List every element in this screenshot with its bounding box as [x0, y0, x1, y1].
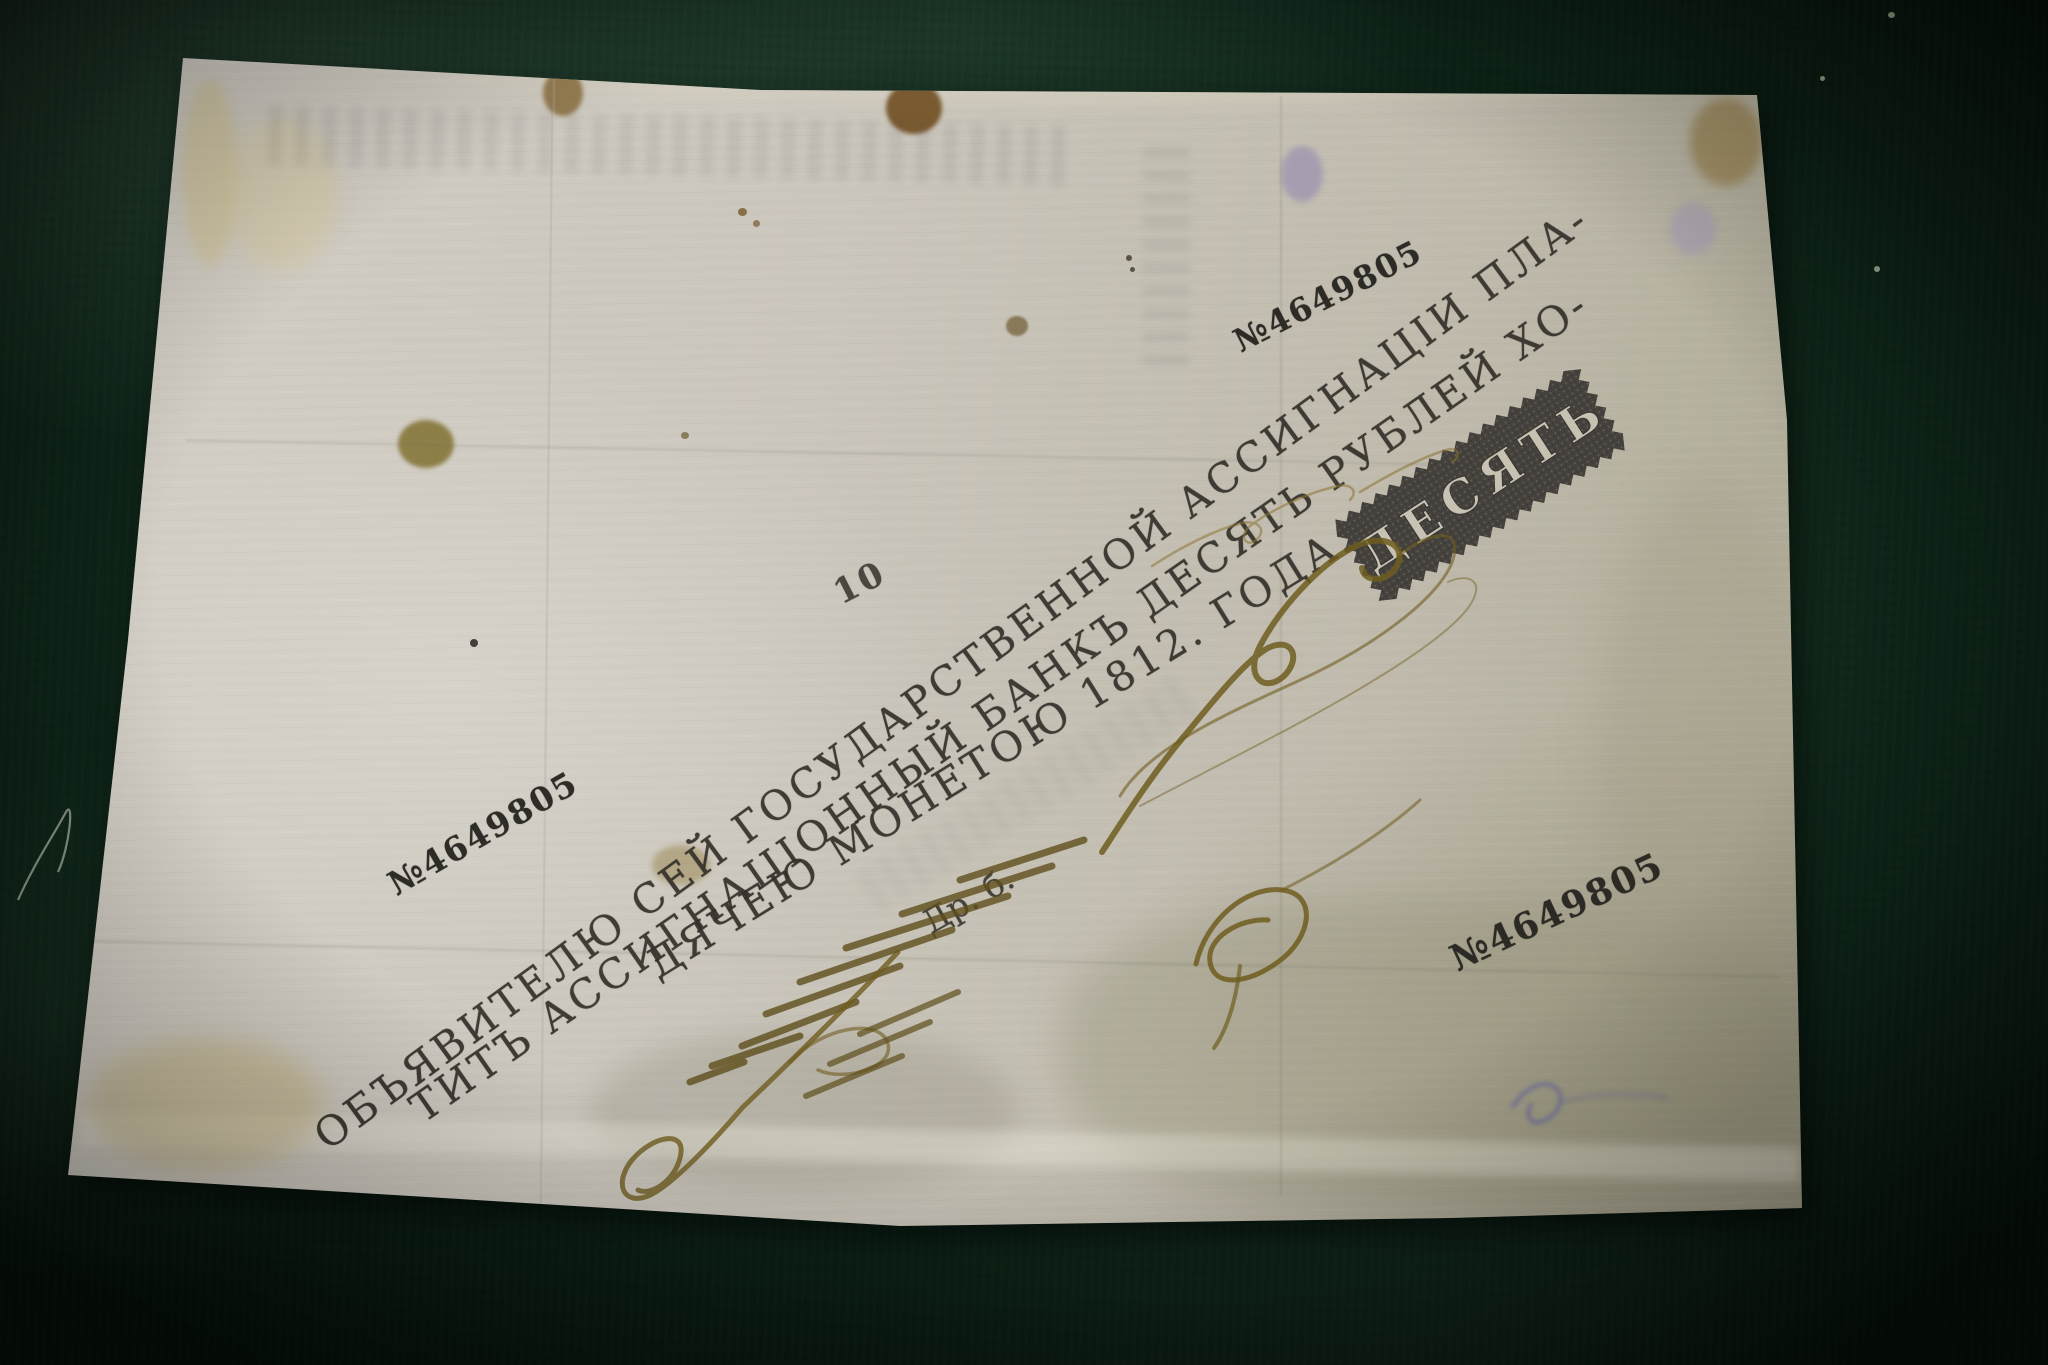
photo-vignette: [0, 0, 2048, 1365]
photograph-of-1812-assignat-banknote: 10 №4649805 №4649805 №4649805 ОБЪЯВИТЕЛЮ…: [0, 0, 2048, 1365]
